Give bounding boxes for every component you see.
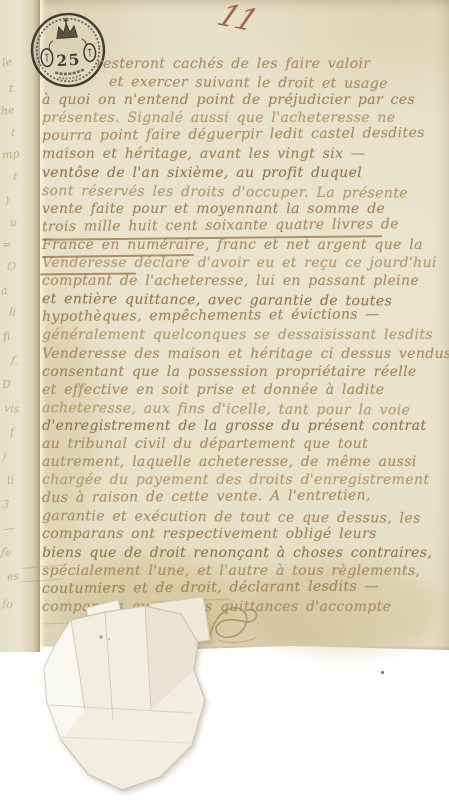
manuscript-line: comparans ont respectivement obligé leur… xyxy=(42,525,445,543)
manuscript-line: et exercer suivant le droit et usage xyxy=(109,73,445,93)
manuscript-line: resteront cachés de les faire valoir xyxy=(96,55,445,73)
margin-text-fragment: f xyxy=(9,428,14,438)
margin-text-fragment: a xyxy=(0,286,8,297)
scanned-manuscript-page: { "document": { "page_mark": "11", "stam… xyxy=(0,0,449,802)
manuscript-line: trois mille huit cent soixante quatre li… xyxy=(42,215,445,236)
margin-text-fragment: t xyxy=(11,128,16,138)
manuscript-line: hypothèques, empêchements et évictions — xyxy=(42,305,445,326)
manuscript-line: sont réservés les droits d'occuper. La p… xyxy=(42,182,445,203)
manuscript-line: maison et héritage, avant les vingt six … xyxy=(42,145,445,163)
margin-text-fragment: fe xyxy=(1,548,12,559)
manuscript-line: d'enregistrement de la grosse du présent… xyxy=(42,417,445,435)
ink-speck xyxy=(381,671,384,674)
margin-text-fragment: O xyxy=(7,262,17,273)
manuscript-line: ventôse de l'an sixième, au profit duque… xyxy=(42,164,445,182)
manuscript-line: à quoi on n'entend point de préjudicier … xyxy=(42,91,445,109)
margin-text-fragment: ) xyxy=(4,196,9,206)
manuscript-line: biens que de droit renonçant à choses co… xyxy=(42,544,445,562)
manuscript-line: généralement quelconques se dessaisissan… xyxy=(42,326,445,344)
manuscript-line: Venderesse des maison et héritage ci des… xyxy=(42,345,445,363)
manuscript-line: acheteresse, aux fins d'icelle, tant pou… xyxy=(42,399,445,420)
margin-text-fragment: li xyxy=(9,308,17,319)
margin-text-fragment: vis xyxy=(4,403,20,414)
manuscript-line: garantie et exécution de tout ce que des… xyxy=(42,507,445,528)
crown-icon xyxy=(56,23,77,39)
margin-text-fragment: li xyxy=(6,476,14,487)
parchment-tag-flap xyxy=(35,585,250,802)
manuscript-line: autrement, laquelle acheteresse, de même… xyxy=(42,453,445,471)
margin-text-fragment: ) xyxy=(2,452,7,462)
margin-text-fragment: t xyxy=(13,172,18,182)
margin-text-fragment: le xyxy=(2,58,13,69)
margin-text-fragment: he xyxy=(1,105,16,116)
margin-text-fragment: = xyxy=(2,240,12,251)
margin-text-fragment: — xyxy=(4,523,16,534)
manuscript-line: dus à raison de cette vente. A l'entreti… xyxy=(42,486,445,507)
margin-text-fragment: mp xyxy=(2,149,20,161)
manuscript-text: resteront cachés de les faire valoiret e… xyxy=(42,55,445,616)
manuscript-line: au tribunal civil du département que tou… xyxy=(42,435,445,453)
margin-text-fragment: fi xyxy=(2,332,10,343)
margin-text-fragment: es xyxy=(7,571,20,582)
margin-text-fragment: D xyxy=(2,380,12,391)
manuscript-line: consentant que la possession propriétair… xyxy=(42,363,445,381)
margin-text-fragment: f. xyxy=(11,356,19,367)
margin-text-fragment: 3 xyxy=(2,500,10,511)
margin-text-fragment: fo xyxy=(2,600,14,611)
left-page-fold-strip: lethetmpt)u=Oalifif.Dvisf)li3—feesfo xyxy=(0,0,40,652)
manuscript-line: pourra point faire déguerpir ledit caste… xyxy=(42,124,445,145)
margin-text-fragment: t xyxy=(9,84,14,94)
manuscript-line: et effective en soit prise et donnée à l… xyxy=(42,381,445,399)
margin-text-fragment: u xyxy=(10,218,18,229)
